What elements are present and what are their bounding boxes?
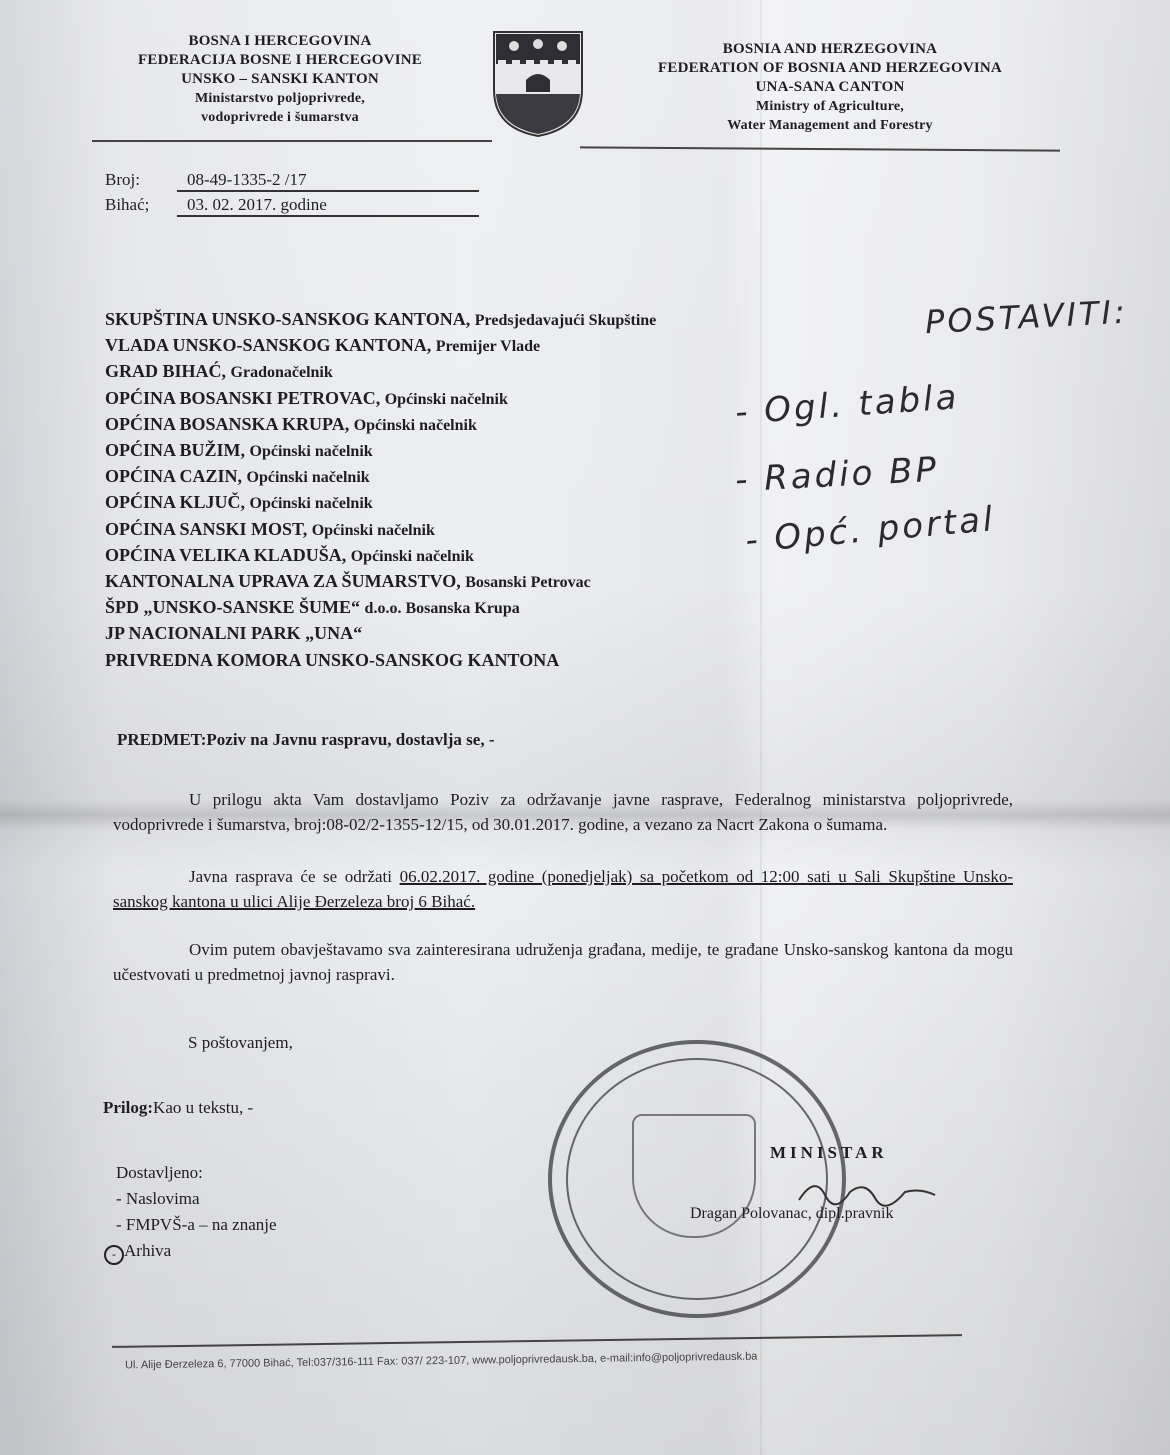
reference-date: Bihać;03. 02. 2017. godine bbox=[105, 195, 479, 217]
header-right: BOSNIA AND HERZEGOVINA FEDERATION OF BOS… bbox=[630, 40, 1030, 135]
header-line: UNA-SANA CANTON bbox=[630, 78, 1030, 97]
greeting: S poštovanjem, bbox=[188, 1033, 293, 1053]
header-line: FEDERACIJA BOSNE I HERCEGOVINE bbox=[85, 51, 475, 70]
recipient-item: SKUPŠTINA UNSKO-SANSKOG KANTONA, Predsje… bbox=[105, 307, 656, 333]
signature-title: MINISTAR bbox=[770, 1143, 888, 1163]
recipient-item: OPĆINA BOSANSKI PETROVAC, Općinski načel… bbox=[105, 386, 656, 412]
attachment: Prilog:Kao u tekstu, - bbox=[103, 1098, 253, 1118]
recipient-item: VLADA UNSKO-SANSKOG KANTONA, Premijer Vl… bbox=[105, 333, 656, 359]
recipient-item: OPĆINA CAZIN, Općinski načelnik bbox=[105, 464, 656, 490]
body-paragraph: Ovim putem obavještavamo sva zainteresir… bbox=[113, 937, 1013, 987]
recipient-item: OPĆINA KLJUČ, Općinski načelnik bbox=[105, 490, 656, 516]
handwritten-item: - Opć. portal bbox=[744, 499, 997, 561]
body-paragraph: Javna rasprava će se održati 06.02.2017.… bbox=[113, 864, 1013, 914]
header-line: UNSKO – SANSKI KANTON bbox=[85, 70, 475, 89]
subject-line: PREDMET:Poziv na Javnu raspravu, dostavl… bbox=[117, 730, 494, 750]
header-line: Ministarstvo poljoprivrede, bbox=[85, 89, 475, 108]
recipient-item: PRIVREDNA KOMORA UNSKO-SANSKOG KANTONA bbox=[105, 648, 656, 674]
reference-number: Broj:08-49-1335-2 /17 bbox=[105, 170, 479, 192]
header-line: BOSNA I HERCEGOVINA bbox=[85, 32, 475, 51]
handwritten-title: POSTAVITI: bbox=[924, 293, 1129, 342]
handwritten-item: - Radio BP bbox=[734, 450, 940, 501]
footer-contact: Ul. Alije Đerzeleza 6, 77000 Bihać, Tel:… bbox=[125, 1351, 758, 1372]
footer-divider bbox=[112, 1334, 962, 1348]
recipient-item: JP NACIONALNI PARK „UNA“ bbox=[105, 621, 656, 647]
signature-scribble-icon bbox=[795, 1170, 945, 1210]
recipient-item: OPĆINA BUŽIM, Općinski načelnik bbox=[105, 438, 656, 464]
header-line: Ministry of Agriculture, bbox=[630, 97, 1030, 116]
header-divider bbox=[580, 146, 1060, 151]
header-left: BOSNA I HERCEGOVINA FEDERACIJA BOSNE I H… bbox=[85, 32, 475, 127]
canton-coat-of-arms-icon bbox=[490, 28, 586, 138]
header-line: vodoprivrede i šumarstva bbox=[85, 108, 475, 127]
recipient-item: OPĆINA SANSKI MOST, Općinski načelnik bbox=[105, 517, 656, 543]
header-line: Water Management and Forestry bbox=[630, 116, 1030, 135]
header-line: BOSNIA AND HERZEGOVINA bbox=[630, 40, 1030, 59]
delivered-list: Dostavljeno: - Naslovima - FMPVŠ-a – na … bbox=[116, 1160, 277, 1265]
header-line: FEDERATION OF BOSNIA AND HERZEGOVINA bbox=[630, 59, 1030, 78]
recipient-item: GRAD BIHAĆ, Gradonačelnik bbox=[105, 359, 656, 385]
body-paragraph: U prilogu akta Vam dostavljamo Poziv za … bbox=[113, 787, 1013, 837]
recipient-item: KANTONALNA UPRAVA ZA ŠUMARSTVO, Bosanski… bbox=[105, 569, 656, 595]
recipient-item: OPĆINA BOSANSKA KRUPA, Općinski načelnik bbox=[105, 412, 656, 438]
recipient-item: ŠPD „UNSKO-SANSKE ŠUME“ d.o.o. Bosanska … bbox=[105, 595, 656, 621]
recipient-item: OPĆINA VELIKA KLADUŠA, Općinski načelnik bbox=[105, 543, 656, 569]
circled-dash-icon: - bbox=[104, 1245, 124, 1265]
recipients-list: SKUPŠTINA UNSKO-SANSKOG KANTONA, Predsje… bbox=[105, 307, 656, 674]
header-divider bbox=[92, 140, 492, 142]
handwritten-item: - Ogl. tabla bbox=[734, 377, 961, 433]
